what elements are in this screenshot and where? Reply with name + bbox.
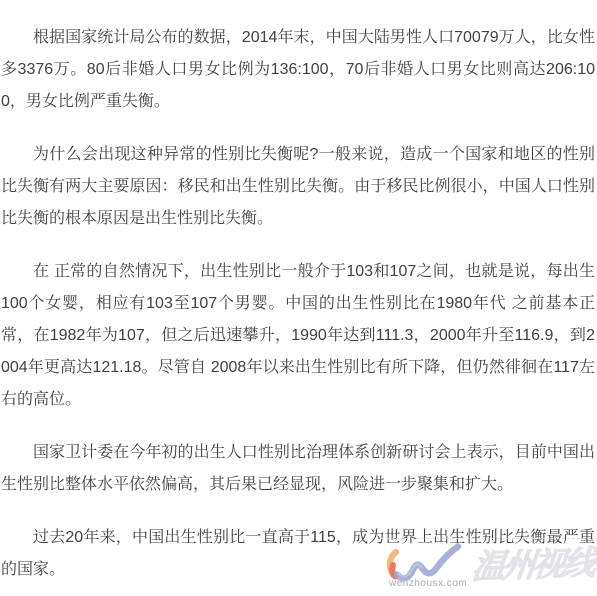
paragraph-birth-ratio-history: 在 正常的自然情况下，出生性别比一般介于103和107之间，也就是说，每出生10…	[1, 256, 595, 416]
paragraph-imbalance-causes: 为什么会出现这种异常的性别比失衡呢?一般来说，造成一个国家和地区的性别比失衡有两…	[1, 139, 595, 235]
article-body: 根据国家统计局公布的数据，2014年末，中国大陆男性人口70079万人，比女性多…	[0, 0, 597, 586]
paragraph-world-comparison: 过去20年来，中国出生性别比一直高于115，成为世界上出生性别比失衡最严重的国家…	[1, 522, 595, 586]
paragraph-population-data: 根据国家统计局公布的数据，2014年末，中国大陆男性人口70079万人，比女性多…	[1, 22, 595, 118]
paragraph-health-commission: 国家卫计委在今年初的出生人口性别比治理体系创新研讨会上表示，目前中国出生性别比整…	[1, 437, 595, 501]
